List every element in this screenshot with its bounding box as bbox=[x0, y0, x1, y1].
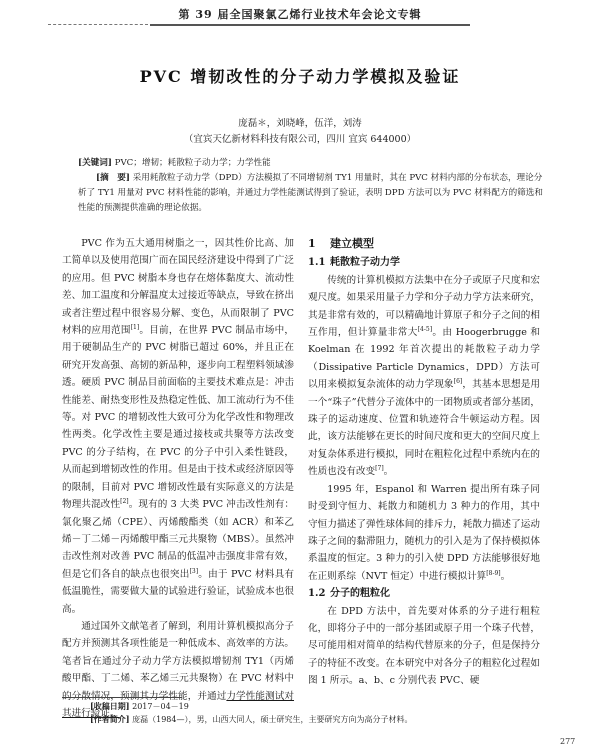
section-heading-1: 1建立模型 bbox=[308, 235, 540, 252]
right-column: 1建立模型 1.1耗散粒子动力学 传统的计算机模拟方法集中在分子或原子尺度和宏观… bbox=[308, 235, 540, 690]
citation: [8-9] bbox=[486, 570, 500, 577]
footnote-rule bbox=[62, 697, 182, 698]
intro-paragraph-1: PVC 作为五大通用树脂之一，因其性价比高、加工简单以及使用范围广而在国民经济建… bbox=[62, 235, 294, 618]
authors: 庞磊＊，刘晓峰，伍洋，刘涛 bbox=[0, 115, 600, 129]
abstract-label: [摘 要] bbox=[96, 173, 130, 183]
paper-title: PVC 增韧改性的分子动力学模拟及验证 bbox=[0, 64, 600, 87]
affiliation: （宜宾天亿新材料科技有限公司，四川 宜宾 644000） bbox=[0, 131, 600, 145]
citation: [1] bbox=[131, 324, 140, 331]
keywords-label: [关键词] bbox=[78, 158, 112, 168]
footnote-received: [收稿日期] 2017－04－19 bbox=[90, 700, 189, 713]
citation: [3] bbox=[190, 568, 199, 575]
abstract-text: 采用耗散粒子动力学（DPD）方法模拟了不同增韧剂 TY1 用量时，其在 PVC … bbox=[78, 173, 543, 213]
citation: [4-5] bbox=[418, 326, 432, 333]
left-column: PVC 作为五大通用树脂之一，因其性价比高、加工简单以及使用范围广而在国民经济建… bbox=[62, 235, 294, 722]
dpd-paragraph-1: 传统的计算机模拟方法集中在分子或原子尺度和宏观尺度。如果采用量子力学和分子动力学… bbox=[308, 272, 540, 481]
dpd-paragraph-2: 1995 年，Espanol 和 Warren 提出所有珠子同时受到守恒力、耗散… bbox=[308, 481, 540, 585]
header-rule-dashed bbox=[48, 24, 148, 26]
section-heading-1-1: 1.1耗散粒子动力学 bbox=[308, 254, 540, 271]
keywords: [关键词] PVC；增韧；耗散粒子动力学；力学性能 bbox=[78, 156, 548, 171]
coarse-graining-paragraph: 在 DPD 方法中，首先要对体系的分子进行粗粒化，即将分子中的一部分基团或原子用… bbox=[308, 603, 540, 690]
citation: [7] bbox=[375, 465, 384, 472]
abstract: [摘 要] 采用耗散粒子动力学（DPD）方法模拟了不同增韧剂 TY1 用量时，其… bbox=[78, 171, 548, 216]
footnote-author: [作者简介] 庞磊（1984—），男，山西大同人，硕士研究生，主要研究方向为高分… bbox=[90, 713, 412, 726]
citation: [6] bbox=[454, 378, 463, 385]
page-number: 277 bbox=[560, 737, 575, 746]
header-rule bbox=[150, 24, 470, 26]
citation: [2] bbox=[120, 498, 129, 505]
section-heading-1-2: 1.2分子的粗粒化 bbox=[308, 585, 540, 602]
running-head: 第 39 届全国聚氯乙烯行业技术年会论文专辑 bbox=[0, 6, 600, 22]
keywords-text: PVC；增韧；耗散粒子动力学；力学性能 bbox=[115, 158, 271, 168]
